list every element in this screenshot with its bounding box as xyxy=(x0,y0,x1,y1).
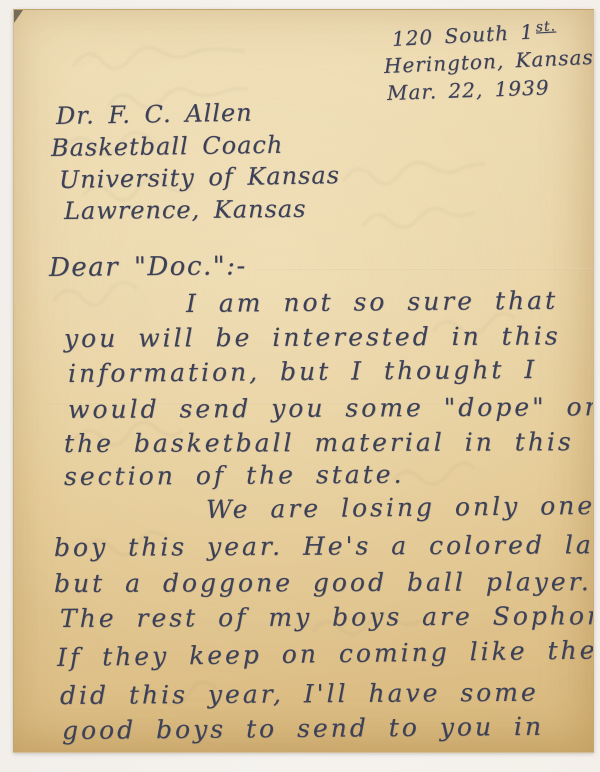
scanned-letter: 120 South 1st. Herington, Kansas Mar. 22… xyxy=(0,0,600,772)
recipient-organization: University of Kansas xyxy=(59,161,340,194)
salutation: Dear "Doc.":- xyxy=(49,251,247,283)
body-line: section of the state. xyxy=(64,460,405,491)
letter-page: 120 South 1st. Herington, Kansas Mar. 22… xyxy=(13,9,594,753)
recipient-name: Dr. F. C. Allen xyxy=(56,99,253,130)
body-line: would send you some "dope" on xyxy=(68,392,594,424)
recipient-city: Lawrence, Kansas xyxy=(64,195,307,225)
body-line: you will be interested in this xyxy=(64,321,561,353)
body-line: good boys to send to you in xyxy=(62,712,544,745)
body-line: I am not so sure that xyxy=(186,286,558,318)
street-ordinal-suffix: st. xyxy=(535,18,556,35)
body-line: information, but I thought I xyxy=(68,355,537,388)
body-line: We are losing only one xyxy=(206,491,594,524)
body-line: the basketball material in this xyxy=(64,427,574,458)
recipient-title: Basketball Coach xyxy=(51,131,284,162)
body-line: boy this year. He's a colored lad, xyxy=(54,530,594,562)
body-line: but a doggone good ball player. xyxy=(54,567,592,598)
body-line: The rest of my boys are Sophomores. xyxy=(60,601,594,633)
body-line: did this year, I'll have some xyxy=(60,678,539,710)
